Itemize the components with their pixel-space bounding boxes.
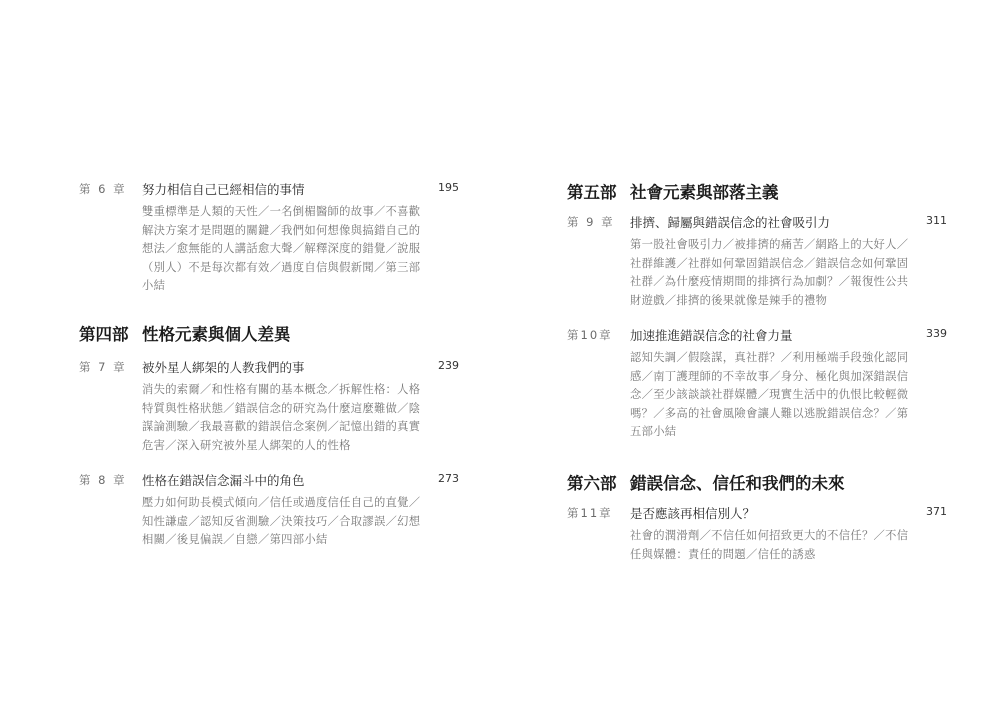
chapter-page-number: 273 bbox=[438, 472, 459, 485]
chapter-description: 認知失調／假陰謀，真社群？／利用極端手段強化認同感／南丁護理師的不幸故事／身分、… bbox=[630, 349, 912, 442]
part-heading-5: 第五部社會元素與部落主義 bbox=[567, 179, 967, 203]
chapter-label: 第 9 章 bbox=[567, 214, 615, 230]
chapter-description: 雙重標準是人類的天性／一名倒楣醫師的故事／不喜歡解決方案才是問題的關鍵／我們如何… bbox=[142, 203, 424, 296]
chapter-page-number: 339 bbox=[926, 327, 947, 340]
chapter-label: 第 6 章 bbox=[79, 181, 127, 197]
part-heading-6: 第六部錯誤信念、信任和我們的未來 bbox=[567, 470, 967, 494]
chapter-title: 是否應該再相信別人？ bbox=[630, 504, 755, 522]
chapter-label: 第 8 章 bbox=[79, 472, 127, 488]
chapter-description: 壓力如何助長模式傾向／信任或過度信任自己的直覺／知性謙虛／認知反省測驗／決策技巧… bbox=[142, 494, 424, 550]
chapter-title: 努力相信自己已經相信的事情 bbox=[142, 180, 305, 198]
chapter-title: 被外星人綁架的人教我們的事 bbox=[142, 358, 305, 376]
part-heading-4: 第四部性格元素與個人差異 bbox=[79, 321, 479, 345]
chapter-title: 性格在錯誤信念漏斗中的角色 bbox=[142, 471, 305, 489]
part-title: 性格元素與個人差異 bbox=[142, 325, 291, 344]
chapter-description: 第一股社會吸引力／被排擠的痛苦／網路上的大好人／社群維護／社群如何鞏固錯誤信念／… bbox=[630, 236, 912, 310]
chapter-page-number: 239 bbox=[438, 359, 459, 372]
part-number: 第五部 bbox=[567, 179, 630, 203]
part-title: 錯誤信念、信任和我們的未來 bbox=[630, 474, 845, 493]
part-number: 第四部 bbox=[79, 321, 142, 345]
chapter-description: 消失的索爾／和性格有關的基本概念／拆解性格：人格特質與性格狀態／錯誤信念的研究為… bbox=[142, 381, 424, 455]
chapter-label: 第10章 bbox=[567, 327, 613, 343]
part-title: 社會元素與部落主義 bbox=[630, 183, 779, 202]
chapter-page-number: 195 bbox=[438, 181, 459, 194]
chapter-title: 排擠、歸屬與錯誤信念的社會吸引力 bbox=[630, 213, 830, 231]
chapter-label: 第11章 bbox=[567, 505, 613, 521]
chapter-page-number: 311 bbox=[926, 214, 947, 227]
chapter-description: 社會的潤滑劑／不信任如何招致更大的不信任？／不信任與媒體：責任的問題／信任的誘惑 bbox=[630, 527, 912, 564]
chapter-page-number: 371 bbox=[926, 505, 947, 518]
chapter-title: 加速推進錯誤信念的社會力量 bbox=[630, 326, 793, 344]
chapter-label: 第 7 章 bbox=[79, 359, 127, 375]
part-number: 第六部 bbox=[567, 470, 630, 494]
